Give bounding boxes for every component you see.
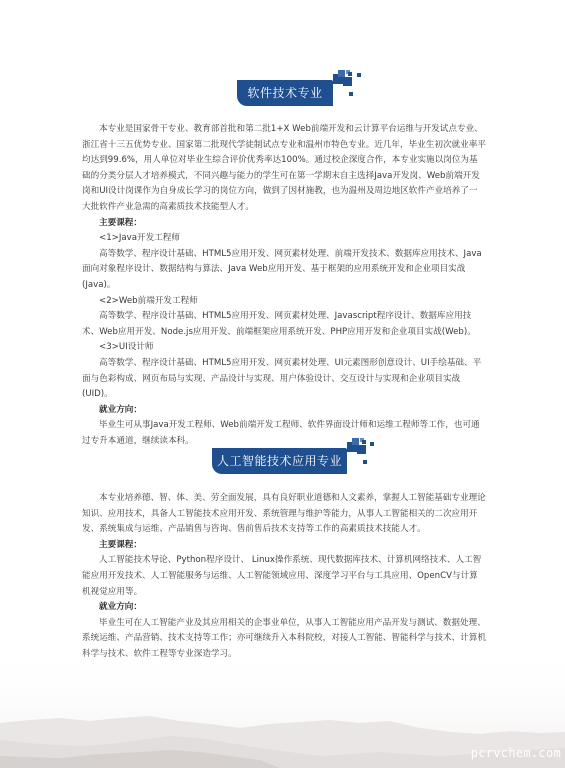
section-intro: 本专业是国家骨干专业、教育部首批和第二批1+X Web前端开发和云计算平台运维与… — [82, 122, 486, 216]
track-courses-web: 高等数学、程序设计基础、HTML5应用开发、网页素材处理、Javascript程… — [82, 309, 486, 340]
section-body-ai: 本专业培养德、智、体、美、劳全面发展，具有良好职业道德和人文素养，掌握人工智能基… — [82, 491, 486, 663]
career-heading: 就业方向： — [82, 600, 486, 616]
section-title-banner-ai: 人工智能技术应用专业 — [212, 448, 372, 474]
decor-square-icon — [348, 72, 352, 76]
track-label-web: <2>Web前端开发工程师 — [82, 294, 486, 310]
section-title-banner-software: 软件技术专业 — [237, 80, 362, 106]
track-label-java: <1>Java开发工程师 — [82, 231, 486, 247]
courses-text: 人工智能技术导论、Python程序设计、 Linux操作系统、现代数据库技术、计… — [82, 553, 486, 600]
decor-square-icon — [362, 440, 366, 444]
track-courses-java: 高等数学、程序设计基础、HTML5应用开发、网页素材处理、前端开发技术、数据库应… — [82, 247, 486, 294]
courses-heading: 主要课程： — [82, 216, 486, 232]
courses-heading: 主要课程： — [82, 538, 486, 554]
career-heading: 就业方向： — [82, 403, 486, 419]
decor-square-icon — [352, 438, 359, 445]
decor-square-icon — [343, 77, 352, 86]
watermark-text: pcrvchem.com — [471, 746, 561, 760]
decor-square-icon — [357, 73, 361, 77]
career-text: 毕业生可从事Java开发工程师、Web前端开发工程师、软件界面设计师和运维工程师… — [82, 418, 486, 449]
track-label-ui: <3>UI设计师 — [82, 340, 486, 356]
decor-square-icon — [357, 445, 366, 454]
decor-square-icon — [363, 460, 367, 464]
section-title-software: 软件技术专业 — [237, 80, 333, 106]
section-body-software: 本专业是国家骨干专业、教育部首批和第二批1+X Web前端开发和云计算平台运维与… — [82, 122, 486, 449]
track-courses-ui: 高等数学、程序设计基础、HTML5应用开发、网页素材处理、UI元素图形创意设计、… — [82, 356, 486, 403]
decor-square-icon — [338, 70, 345, 77]
decor-square-icon — [370, 442, 374, 446]
section-intro: 本专业培养德、智、体、美、劳全面发展，具有良好职业道德和人文素养，掌握人工智能基… — [82, 491, 486, 538]
section-title-ai: 人工智能技术应用专业 — [212, 448, 347, 474]
decor-square-icon — [349, 92, 353, 96]
